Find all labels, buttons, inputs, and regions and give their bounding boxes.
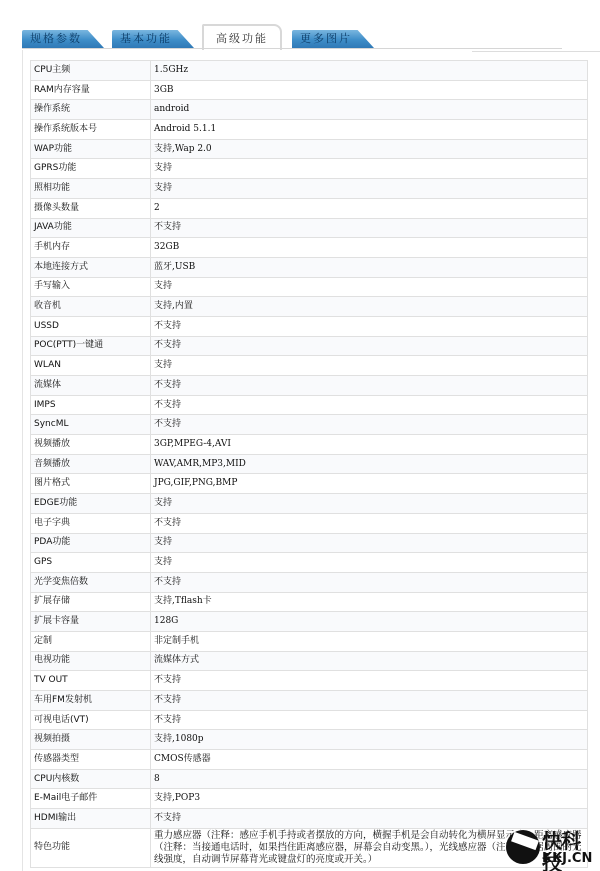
- spec-value: android: [151, 100, 588, 120]
- spec-label: 手写输入: [31, 277, 151, 297]
- spec-label: SyncML: [31, 415, 151, 435]
- table-row: 视频拍摄支持,1080p: [31, 730, 588, 750]
- spec-label: POC(PTT)一键通: [31, 336, 151, 356]
- table-row: USSD不支持: [31, 316, 588, 336]
- spec-value: 不支持: [151, 691, 588, 711]
- content-frame-border: [22, 50, 23, 871]
- watermark-domain: KKJ.CN: [542, 852, 592, 866]
- table-row: RAM内存容量3GB: [31, 80, 588, 100]
- table-row: PDA功能支持: [31, 533, 588, 553]
- spec-label: CPU主频: [31, 61, 151, 81]
- spec-label: 传感器类型: [31, 750, 151, 770]
- spec-label: 定制: [31, 631, 151, 651]
- watermark: 快科技 KKJ.CN: [506, 828, 598, 870]
- table-row: TV OUT不支持: [31, 671, 588, 691]
- table-row: 本地连接方式蓝牙,USB: [31, 257, 588, 277]
- table-row: EDGE功能支持: [31, 494, 588, 514]
- spec-value: 不支持: [151, 316, 588, 336]
- spec-value: 1.5GHz: [151, 61, 588, 81]
- spec-label: 本地连接方式: [31, 257, 151, 277]
- table-row: 视频播放3GP,MPEG-4,AVI: [31, 435, 588, 455]
- table-row: 车用FM发射机不支持: [31, 691, 588, 711]
- spec-label: 扩展卡容量: [31, 612, 151, 632]
- spec-label: 摄像头数量: [31, 198, 151, 218]
- spec-table: CPU主频1.5GHzRAM内存容量3GB操作系统android操作系统版本号A…: [30, 60, 588, 868]
- spec-value: 不支持: [151, 395, 588, 415]
- tab-divider-right: [472, 51, 600, 52]
- spec-label: TV OUT: [31, 671, 151, 691]
- spec-label: 电视功能: [31, 651, 151, 671]
- spec-value: 支持,Wap 2.0: [151, 139, 588, 159]
- spec-value: 支持,1080p: [151, 730, 588, 750]
- spec-label: 车用FM发射机: [31, 691, 151, 711]
- spec-label: 特色功能: [31, 828, 151, 867]
- spec-label: 操作系统版本号: [31, 120, 151, 140]
- table-row: 电子字典不支持: [31, 513, 588, 533]
- kkj-logo-icon: [506, 830, 540, 864]
- table-row: 扩展卡容量128G: [31, 612, 588, 632]
- spec-label: JAVA功能: [31, 218, 151, 238]
- spec-label: 操作系统: [31, 100, 151, 120]
- tab-advanced-features[interactable]: 高级功能: [202, 24, 282, 50]
- spec-value: CMOS传感器: [151, 750, 588, 770]
- spec-label: 图片格式: [31, 474, 151, 494]
- tab-bar: 规格参数 基本功能 高级功能 更多图片: [0, 0, 600, 50]
- spec-label: WLAN: [31, 356, 151, 376]
- spec-value: 不支持: [151, 218, 588, 238]
- spec-value: 不支持: [151, 376, 588, 396]
- table-row: 音频播放WAV,AMR,MP3,MID: [31, 454, 588, 474]
- spec-value: Android 5.1.1: [151, 120, 588, 140]
- table-row: 流媒体不支持: [31, 376, 588, 396]
- table-row: 可视电话(VT)不支持: [31, 710, 588, 730]
- spec-label: 可视电话(VT): [31, 710, 151, 730]
- spec-value: 8: [151, 769, 588, 789]
- table-row: IMPS不支持: [31, 395, 588, 415]
- spec-label: 收音机: [31, 297, 151, 317]
- table-row: HDMI输出不支持: [31, 809, 588, 829]
- spec-value: 不支持: [151, 415, 588, 435]
- table-row: E-Mail电子邮件支持,POP3: [31, 789, 588, 809]
- spec-label: 电子字典: [31, 513, 151, 533]
- spec-label: WAP功能: [31, 139, 151, 159]
- table-row: SyncML不支持: [31, 415, 588, 435]
- spec-value: 2: [151, 198, 588, 218]
- table-row: WAP功能支持,Wap 2.0: [31, 139, 588, 159]
- tab-more-pictures[interactable]: 更多图片: [292, 30, 374, 48]
- spec-label: USSD: [31, 316, 151, 336]
- table-row: 光学变焦倍数不支持: [31, 572, 588, 592]
- spec-label: 光学变焦倍数: [31, 572, 151, 592]
- spec-value: JPG,GIF,PNG,BMP: [151, 474, 588, 494]
- spec-label: 扩展存储: [31, 592, 151, 612]
- spec-value: 蓝牙,USB: [151, 257, 588, 277]
- spec-value: 支持,POP3: [151, 789, 588, 809]
- spec-label: 视频拍摄: [31, 730, 151, 750]
- spec-value: 不支持: [151, 572, 588, 592]
- table-row: GPS支持: [31, 553, 588, 573]
- table-row: 定制非定制手机: [31, 631, 588, 651]
- tab-divider: [22, 48, 562, 49]
- spec-value: 不支持: [151, 809, 588, 829]
- spec-value: 128G: [151, 612, 588, 632]
- spec-value: 不支持: [151, 710, 588, 730]
- table-row: 图片格式JPG,GIF,PNG,BMP: [31, 474, 588, 494]
- spec-value: 3GP,MPEG-4,AVI: [151, 435, 588, 455]
- spec-label: E-Mail电子邮件: [31, 789, 151, 809]
- spec-value: 支持: [151, 179, 588, 199]
- spec-value: 流媒体方式: [151, 651, 588, 671]
- spec-label: 照相功能: [31, 179, 151, 199]
- spec-label: PDA功能: [31, 533, 151, 553]
- table-row: 照相功能支持: [31, 179, 588, 199]
- spec-label: HDMI输出: [31, 809, 151, 829]
- spec-value: 支持: [151, 277, 588, 297]
- table-row: CPU主频1.5GHz: [31, 61, 588, 81]
- table-row: GPRS功能支持: [31, 159, 588, 179]
- tab-basic-features[interactable]: 基本功能: [112, 30, 194, 48]
- table-row: CPU内核数8: [31, 769, 588, 789]
- spec-label: RAM内存容量: [31, 80, 151, 100]
- spec-label: EDGE功能: [31, 494, 151, 514]
- spec-value: 3GB: [151, 80, 588, 100]
- spec-value: 不支持: [151, 513, 588, 533]
- table-row: 操作系统android: [31, 100, 588, 120]
- spec-value: 支持: [151, 533, 588, 553]
- tab-specs[interactable]: 规格参数: [22, 30, 104, 48]
- table-row: WLAN支持: [31, 356, 588, 376]
- spec-label: GPRS功能: [31, 159, 151, 179]
- table-row: JAVA功能不支持: [31, 218, 588, 238]
- table-row: 收音机支持,内置: [31, 297, 588, 317]
- spec-label: 视频播放: [31, 435, 151, 455]
- spec-label: CPU内核数: [31, 769, 151, 789]
- spec-label: 音频播放: [31, 454, 151, 474]
- spec-label: GPS: [31, 553, 151, 573]
- spec-label: IMPS: [31, 395, 151, 415]
- table-row: 电视功能流媒体方式: [31, 651, 588, 671]
- table-row: 摄像头数量2: [31, 198, 588, 218]
- spec-value: 支持: [151, 159, 588, 179]
- table-row: 手写输入支持: [31, 277, 588, 297]
- table-row: 特色功能重力感应器（注释：感应手机手持或者摆放的方向，横握手机是会自动转化为横屏…: [31, 828, 588, 867]
- spec-value: 32GB: [151, 238, 588, 258]
- table-row: 传感器类型CMOS传感器: [31, 750, 588, 770]
- spec-value: 支持: [151, 553, 588, 573]
- table-row: 操作系统版本号Android 5.1.1: [31, 120, 588, 140]
- spec-value: 不支持: [151, 336, 588, 356]
- spec-value: 非定制手机: [151, 631, 588, 651]
- table-row: POC(PTT)一键通不支持: [31, 336, 588, 356]
- spec-value: 支持: [151, 356, 588, 376]
- spec-label: 手机内存: [31, 238, 151, 258]
- spec-value: WAV,AMR,MP3,MID: [151, 454, 588, 474]
- spec-value: 支持,内置: [151, 297, 588, 317]
- spec-value: 支持,Tflash卡: [151, 592, 588, 612]
- spec-label: 流媒体: [31, 376, 151, 396]
- table-row: 手机内存32GB: [31, 238, 588, 258]
- spec-value: 支持: [151, 494, 588, 514]
- spec-value: 不支持: [151, 671, 588, 691]
- table-row: 扩展存储支持,Tflash卡: [31, 592, 588, 612]
